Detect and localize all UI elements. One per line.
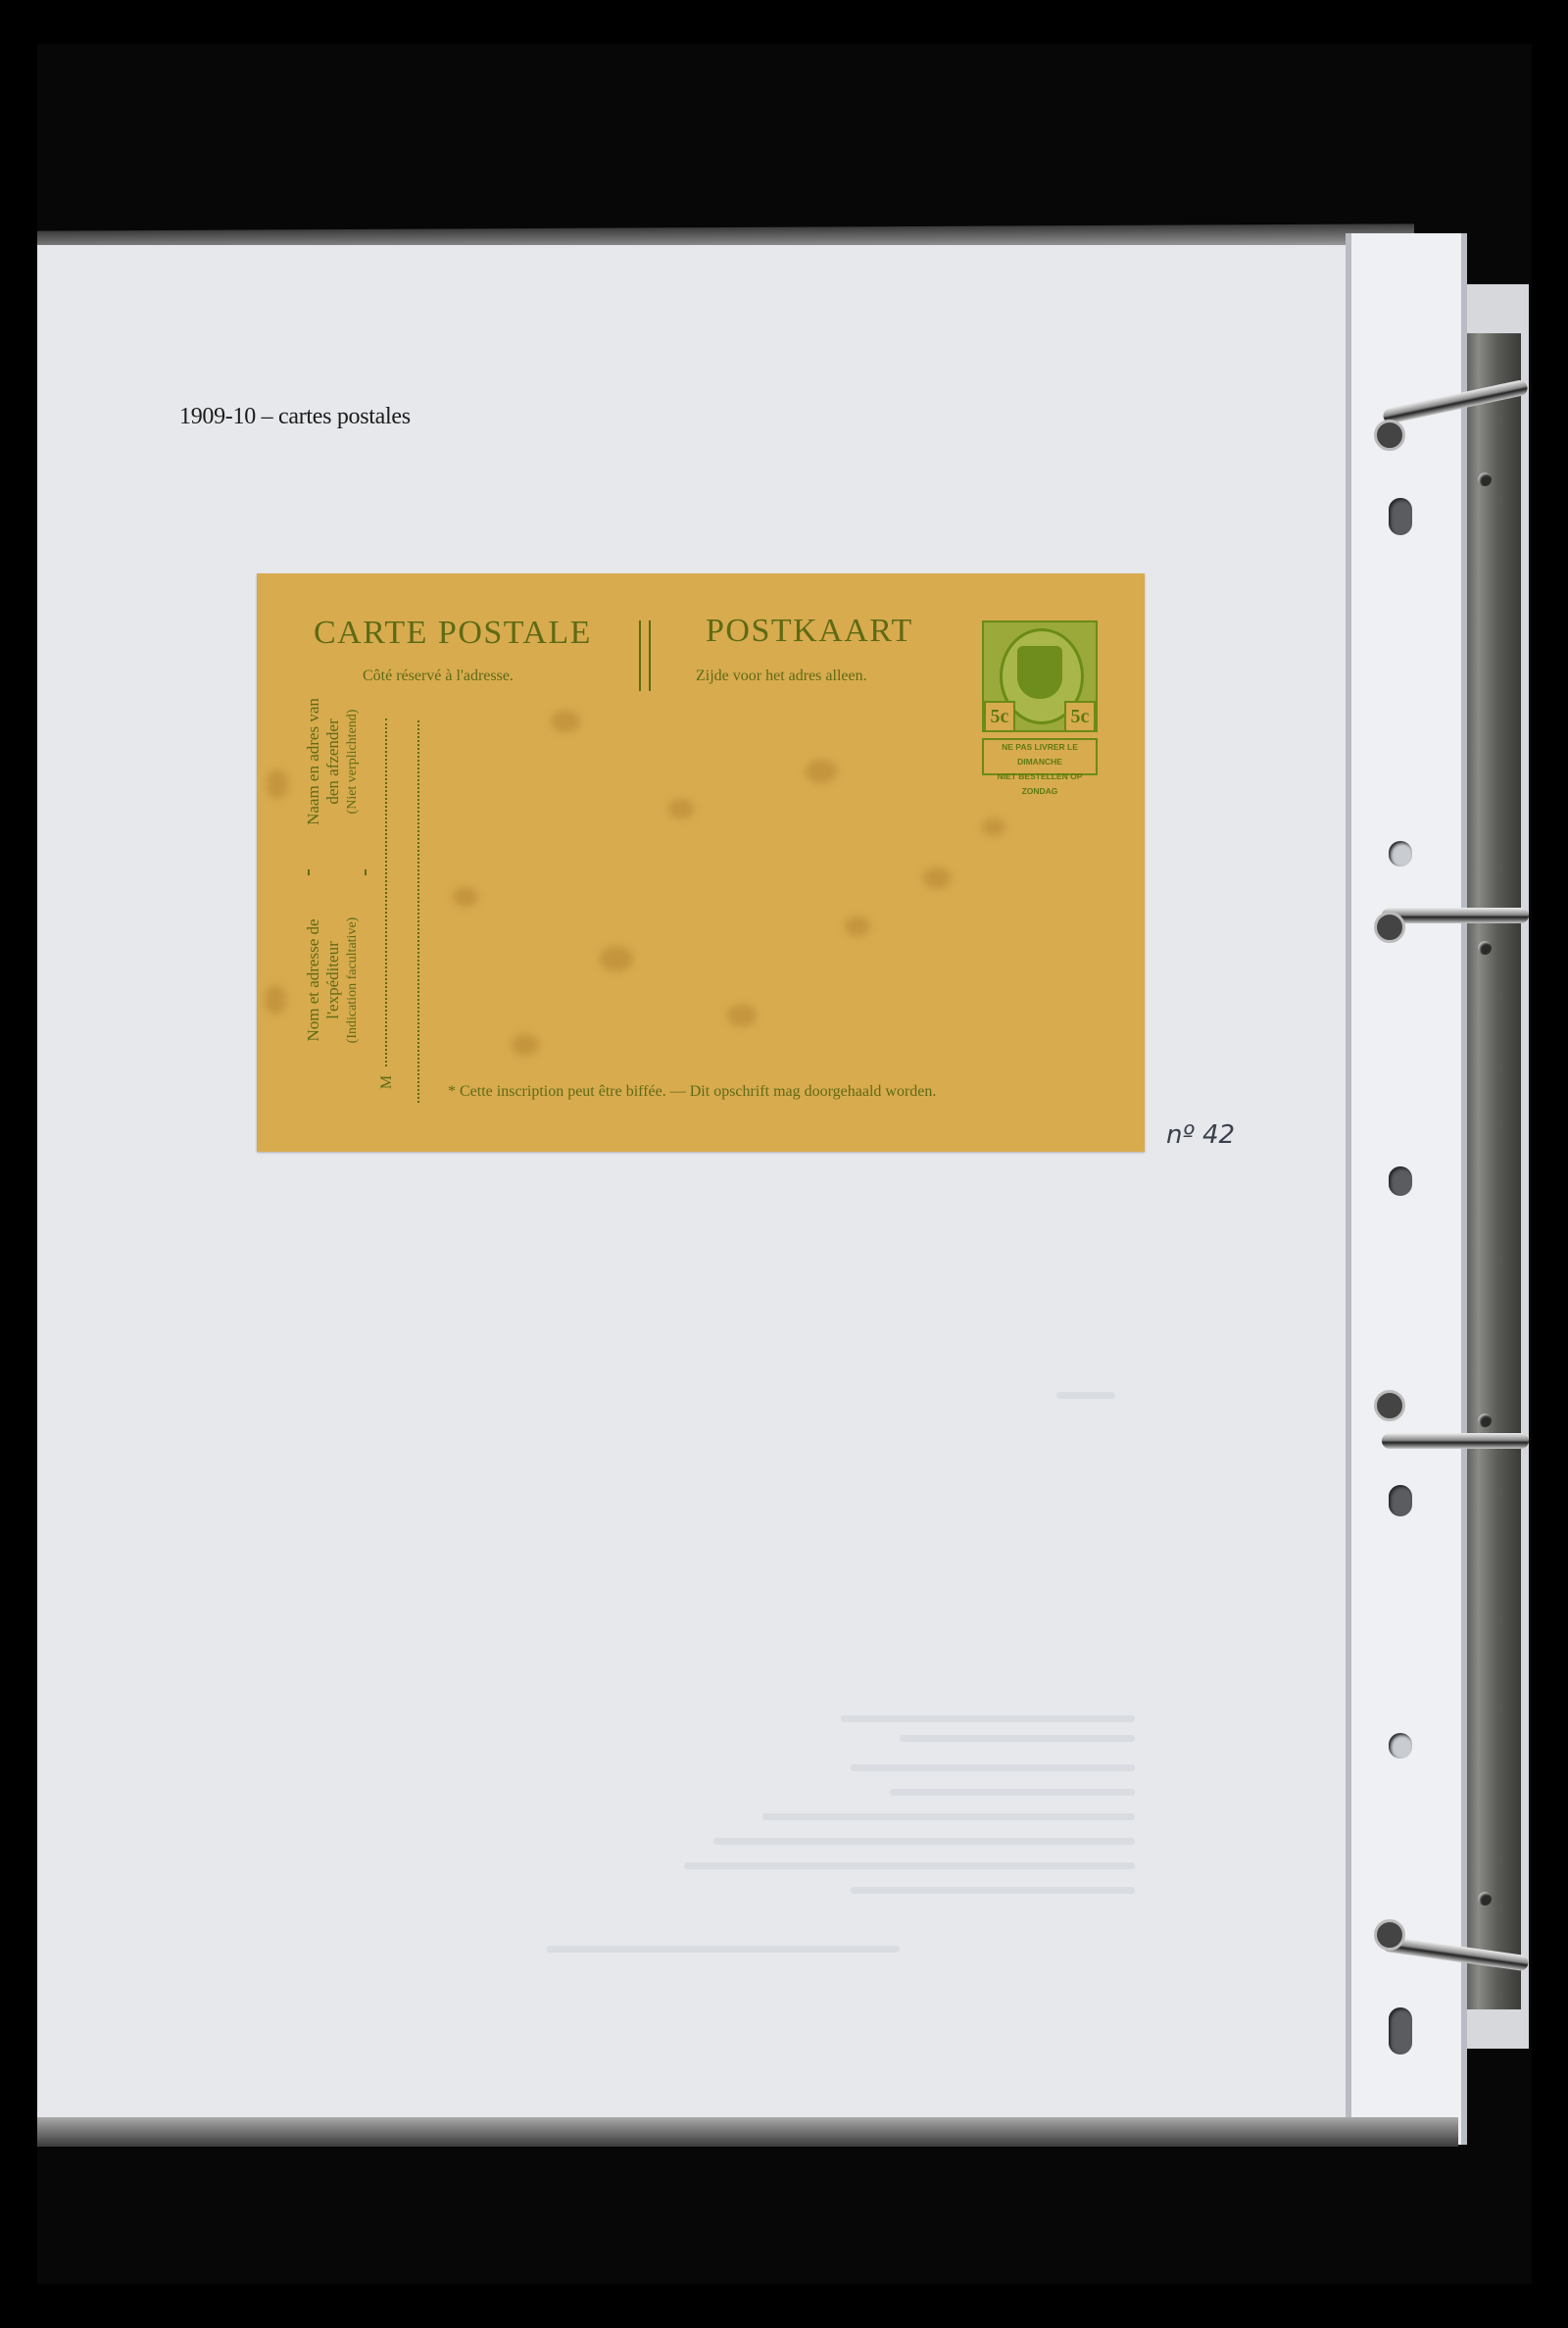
postcard: CARTE POSTALE Côté réservé à l'adresse. … xyxy=(257,573,1145,1152)
double-rule-divider xyxy=(639,620,651,691)
ring-end-icon xyxy=(1374,1919,1405,1951)
sender-nl: Naam en adres van den afzender (Niet ver… xyxy=(304,664,363,860)
stamp-imprint: 5c 5c xyxy=(982,620,1098,732)
coat-of-arms-icon xyxy=(1017,646,1062,699)
sleeve-bottom-edge xyxy=(37,2117,1458,2147)
punch-hole-icon xyxy=(1389,2007,1412,2055)
handwritten-note: nº 42 xyxy=(1166,1120,1235,1150)
rivet-icon xyxy=(1478,1413,1492,1427)
punch-hole-icon xyxy=(1389,1485,1412,1516)
sunday-delivery-label: NE PAS LIVRER LE DIMANCHE NIET BESTELLEN… xyxy=(982,738,1098,775)
album-page: 1909-10 – cartes postales CARTE POSTALE … xyxy=(37,245,1346,2117)
sender-fr: Nom et adresse de l'expéditeur (Indicati… xyxy=(304,877,363,1083)
rivet-icon xyxy=(1478,941,1492,955)
postcard-footnote: * Cette inscription peut être biffée. — … xyxy=(448,1083,936,1101)
sleeve-punch-strip xyxy=(1346,233,1467,2145)
binder-metal-bar xyxy=(1460,333,1521,2009)
ring-end-icon xyxy=(1374,1390,1405,1421)
subheading-nl: Zijde voor het adres alleen. xyxy=(696,668,867,685)
heading-postkaart: POSTKAART xyxy=(706,613,913,650)
addressee-prefix: M xyxy=(378,1075,396,1089)
ring-end-icon xyxy=(1374,420,1405,451)
ring-end-icon xyxy=(1374,912,1405,943)
rivet-icon xyxy=(1478,1892,1492,1906)
rivet-icon xyxy=(1478,472,1492,486)
binder-ring xyxy=(1382,1433,1529,1449)
punch-hole-icon xyxy=(1389,1733,1412,1758)
stamp-value-left: 5c xyxy=(984,701,1015,732)
punch-hole-icon xyxy=(1389,1166,1412,1196)
dotted-address-line xyxy=(417,720,419,1103)
page-title: 1909-10 – cartes postales xyxy=(179,404,411,430)
subheading-fr: Côté réservé à l'adresse. xyxy=(363,668,514,685)
heading-carte-postale: CARTE POSTALE xyxy=(314,615,592,652)
punch-hole-icon xyxy=(1389,498,1412,535)
dotted-address-line xyxy=(385,718,387,1066)
sender-divider xyxy=(308,869,367,875)
stamp-value-right: 5c xyxy=(1064,701,1096,732)
punch-hole-icon xyxy=(1389,841,1412,867)
